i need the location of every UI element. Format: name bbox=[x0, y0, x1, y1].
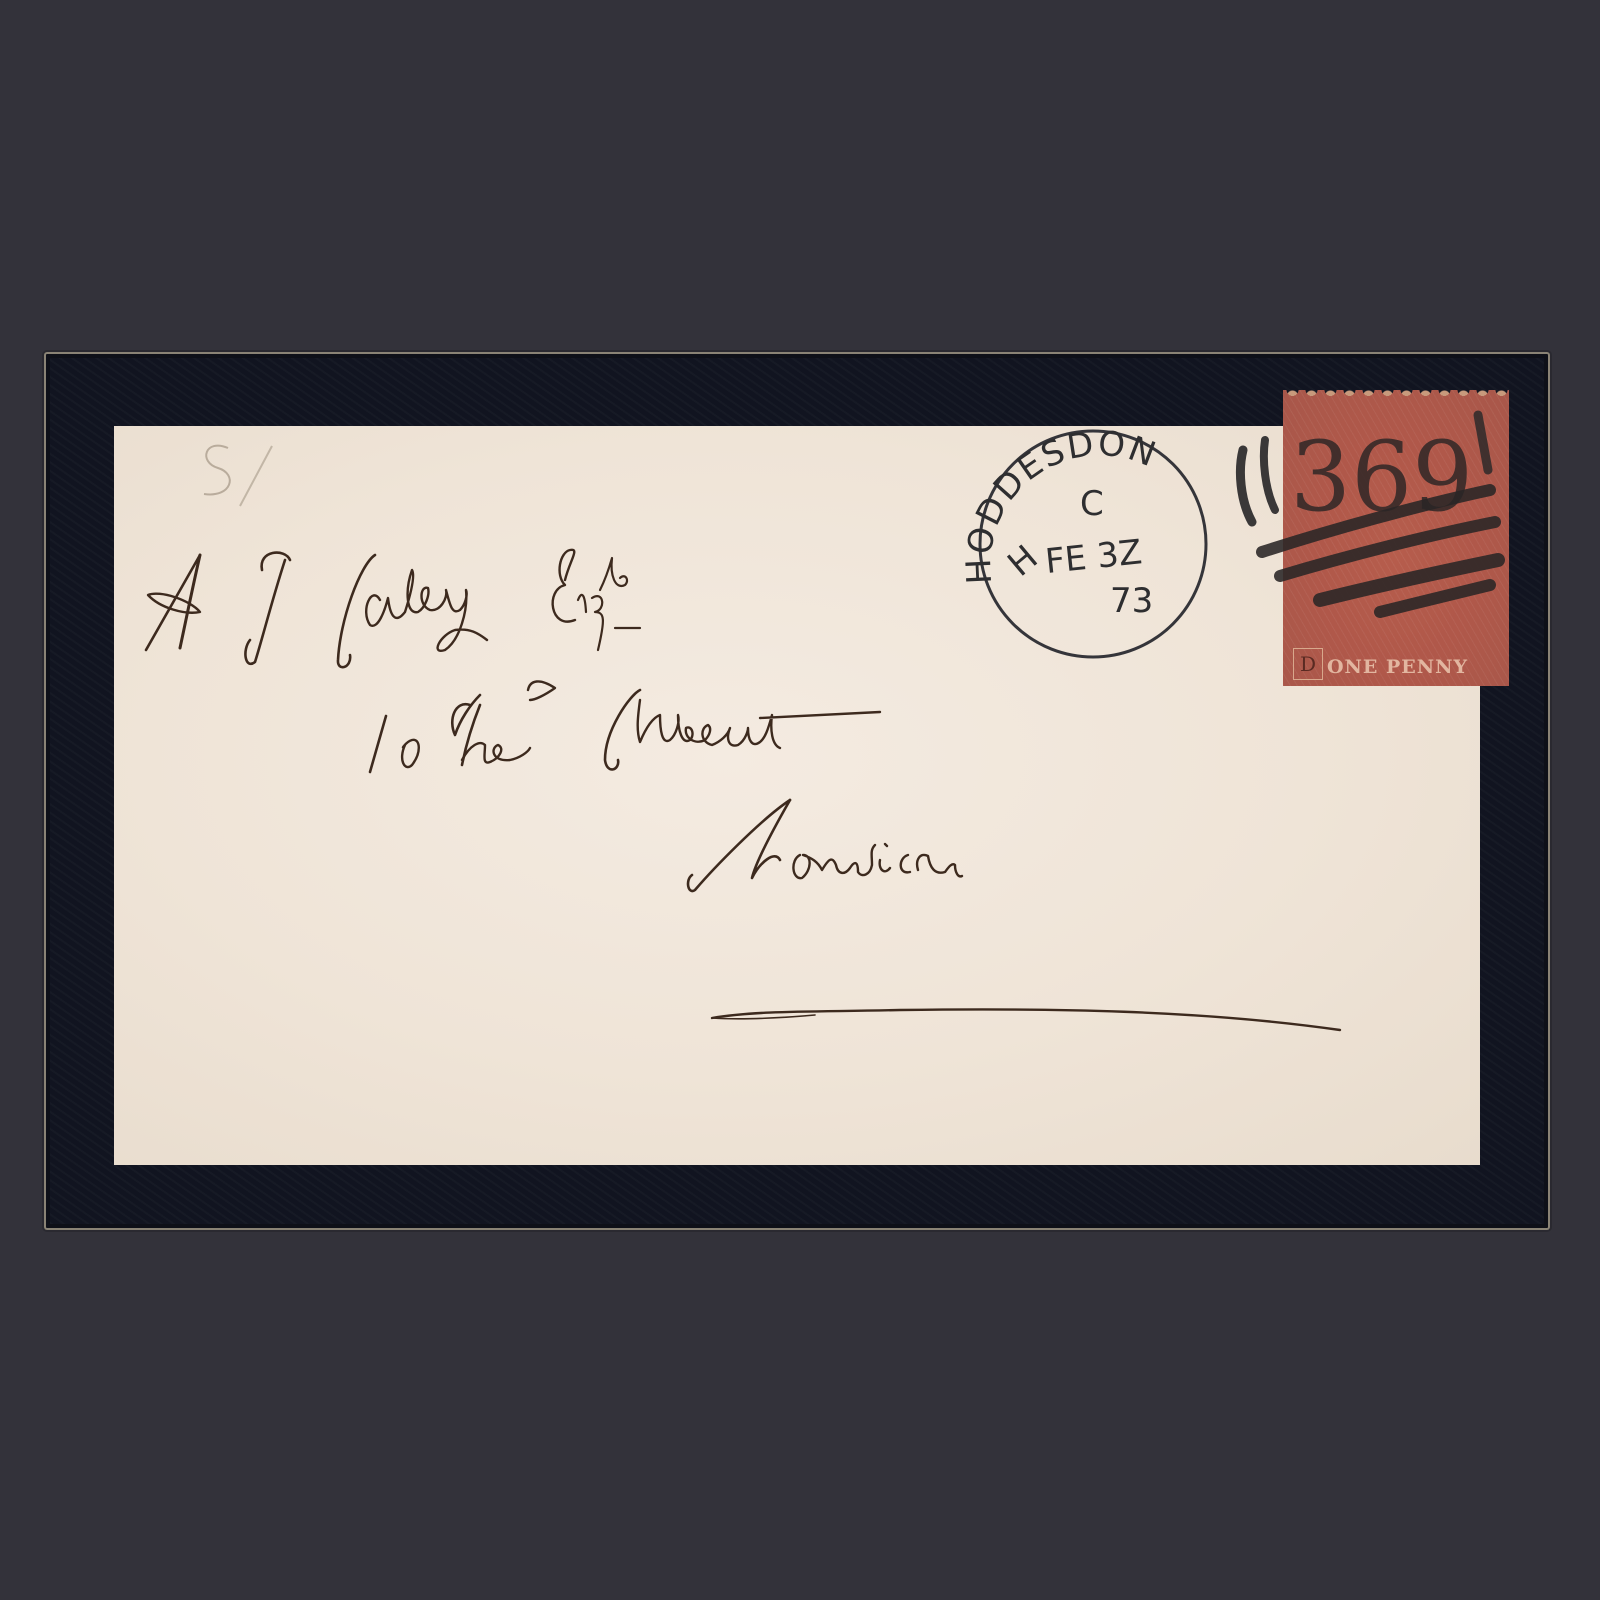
numeral-cancel: 369 bbox=[0, 0, 1600, 1600]
